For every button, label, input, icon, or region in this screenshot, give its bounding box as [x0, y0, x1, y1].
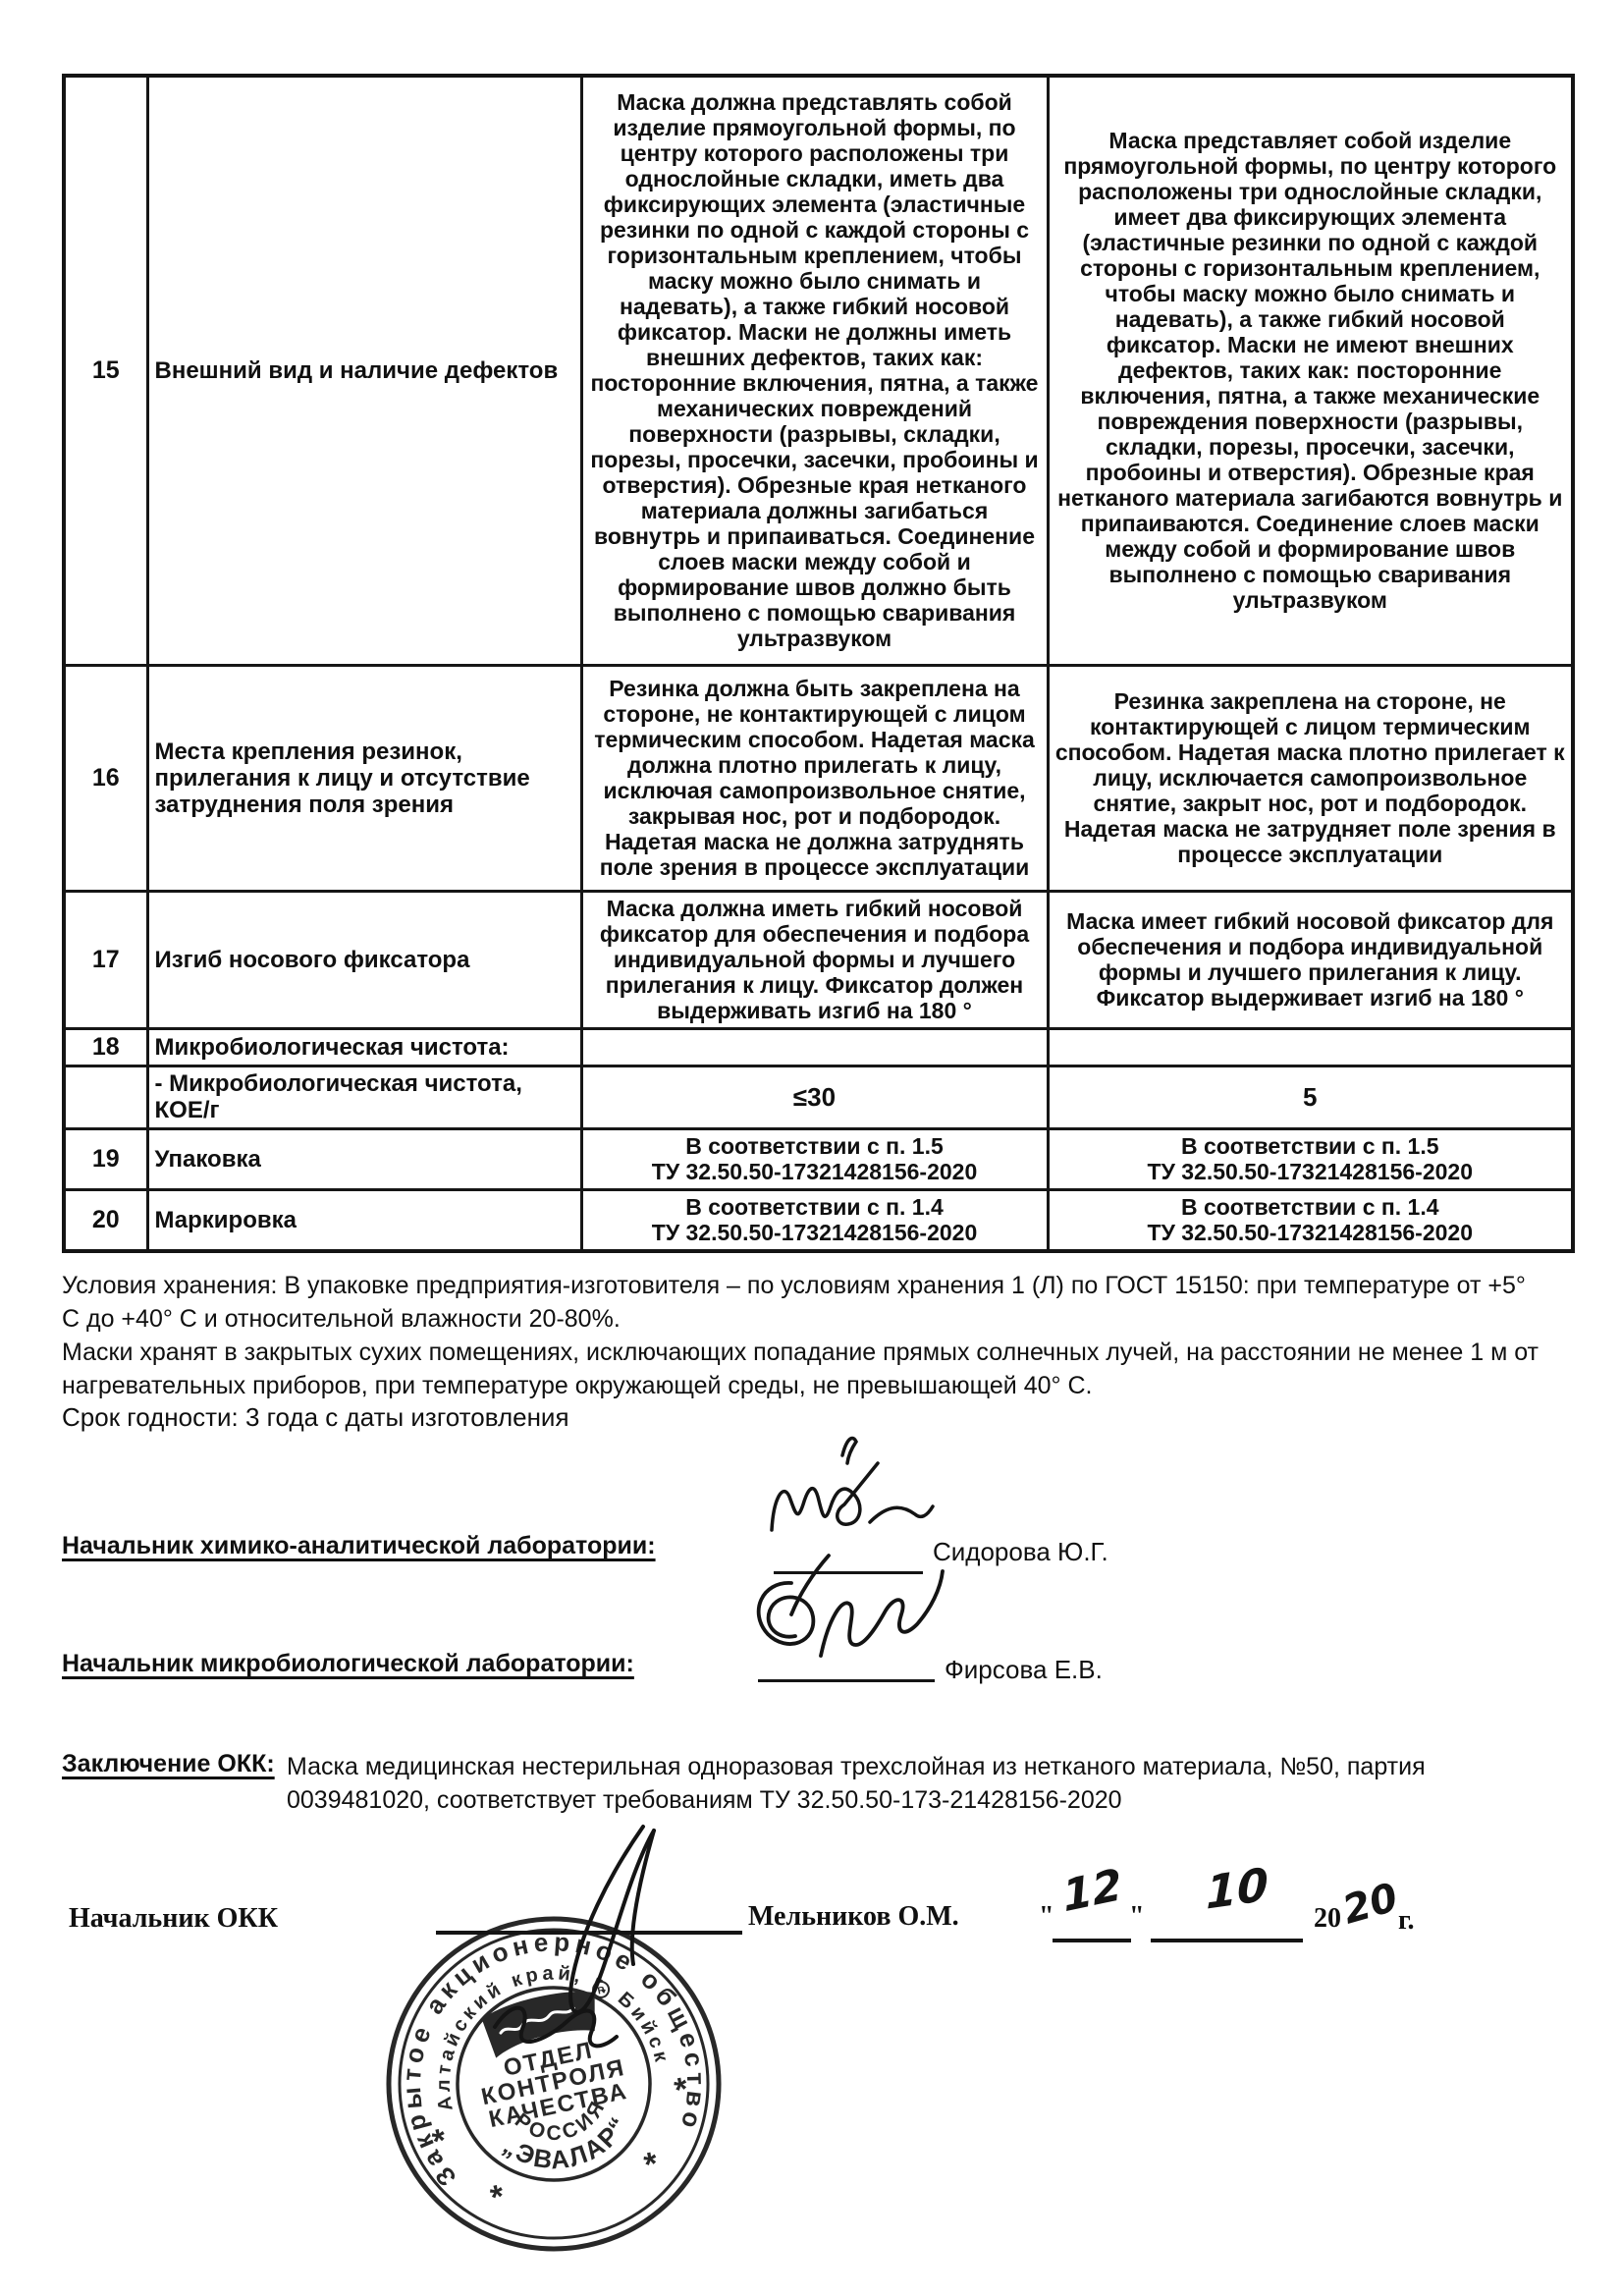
row19-result: В соответствии с п. 1.5 ТУ 32.50.50-1732… [1048, 1128, 1573, 1189]
row18b-requirement: ≤30 [581, 1066, 1048, 1128]
row15-requirement: Маска должна представлять собой изделие … [581, 76, 1048, 665]
date-line [1053, 1939, 1131, 1942]
okk-head-label: Начальник ОКК [69, 1903, 278, 1935]
date-line [1151, 1939, 1303, 1942]
firsova-signature [729, 1538, 954, 1690]
okk-head-name: Мельников О.М. [748, 1901, 959, 1933]
row19-number: 19 [64, 1128, 147, 1189]
row17-parameter: Изгиб носового фиксатора [147, 891, 581, 1028]
melnikov-signature [461, 1817, 756, 2111]
row18b-parameter: - Микробиологическая чистота, КОЕ/г [147, 1066, 581, 1128]
signature-line [758, 1679, 935, 1682]
row19-parameter: Упаковка [147, 1128, 581, 1189]
chem-lab-head-label: Начальник химико-аналитической лаборатор… [62, 1532, 656, 1560]
row16-parameter: Места крепления резинок, прилегания к ли… [147, 665, 581, 891]
storage-conditions-text: Условия хранения: В упаковке предприятия… [62, 1269, 1595, 1402]
micro-lab-head-name: Фирсова Е.В. [945, 1655, 1103, 1685]
star-icon: * [641, 2145, 663, 2184]
shelf-life-text: Срок годности: 3 года с даты изготовлени… [62, 1402, 569, 1433]
row18b-result: 5 [1048, 1066, 1573, 1128]
year-printed: 20 [1314, 1903, 1341, 1935]
spec-table: 15 Внешний вид и наличие дефектов Маска … [62, 74, 1575, 1253]
row18-number: 18 [64, 1028, 147, 1066]
handwritten-month: 10 [1206, 1857, 1268, 1919]
row20-requirement: В соответствии с п. 1.4 ТУ 32.50.50-1732… [581, 1189, 1048, 1251]
handwritten-year: 20 [1338, 1875, 1403, 1934]
row16-result: Резинка закреплена на стороне, не контак… [1048, 665, 1573, 891]
chem-lab-head-name: Сидорова Ю.Г. [933, 1537, 1108, 1567]
handwritten-day: 12 [1060, 1860, 1124, 1923]
row20-result: В соответствии с п. 1.4 ТУ 32.50.50-1732… [1048, 1189, 1573, 1251]
row18b-number [64, 1066, 147, 1128]
row15-result: Маска представляет собой изделие прямоуг… [1048, 76, 1573, 665]
row20-parameter: Маркировка [147, 1189, 581, 1251]
row17-requirement: Маска должна иметь гибкий носовой фиксат… [581, 891, 1048, 1028]
row17-number: 17 [64, 891, 147, 1028]
table-row: - Микробиологическая чистота, КОЕ/г ≤30 … [64, 1066, 1573, 1128]
row16-number: 16 [64, 665, 147, 891]
table-row: 16 Места крепления резинок, прилегания к… [64, 665, 1573, 891]
table-row: 15 Внешний вид и наличие дефектов Маска … [64, 76, 1573, 665]
table-row: 20 Маркировка В соответствии с п. 1.4 ТУ… [64, 1189, 1573, 1251]
star-icon: * [487, 2177, 509, 2216]
quote-open: " [1039, 1901, 1054, 1933]
table-row: 18 Микробиологическая чистота: [64, 1028, 1573, 1066]
table-row: 19 Упаковка В соответствии с п. 1.5 ТУ 3… [64, 1128, 1573, 1189]
row20-number: 20 [64, 1189, 147, 1251]
year-suffix: г. [1398, 1905, 1415, 1937]
row18-requirement [581, 1028, 1048, 1066]
row18-result [1048, 1028, 1573, 1066]
okk-conclusion-label: Заключение ОКК: [62, 1750, 275, 1778]
row15-number: 15 [64, 76, 147, 665]
row16-requirement: Резинка должна быть закреплена на сторон… [581, 665, 1048, 891]
okk-conclusion-text: Маска медицинская нестерильная одноразов… [287, 1750, 1524, 1817]
table-row: 17 Изгиб носового фиксатора Маска должна… [64, 891, 1573, 1028]
row15-parameter: Внешний вид и наличие дефектов [147, 76, 581, 665]
scanned-document-page: 15 Внешний вид и наличие дефектов Маска … [0, 0, 1621, 2296]
row17-result: Маска имеет гибкий носовой фиксатор для … [1048, 891, 1573, 1028]
row18-parameter: Микробиологическая чистота: [147, 1028, 581, 1066]
row19-requirement: В соответствии с п. 1.5 ТУ 32.50.50-1732… [581, 1128, 1048, 1189]
quote-close: " [1129, 1901, 1145, 1933]
micro-lab-head-label: Начальник микробиологической лаборатории… [62, 1650, 634, 1678]
